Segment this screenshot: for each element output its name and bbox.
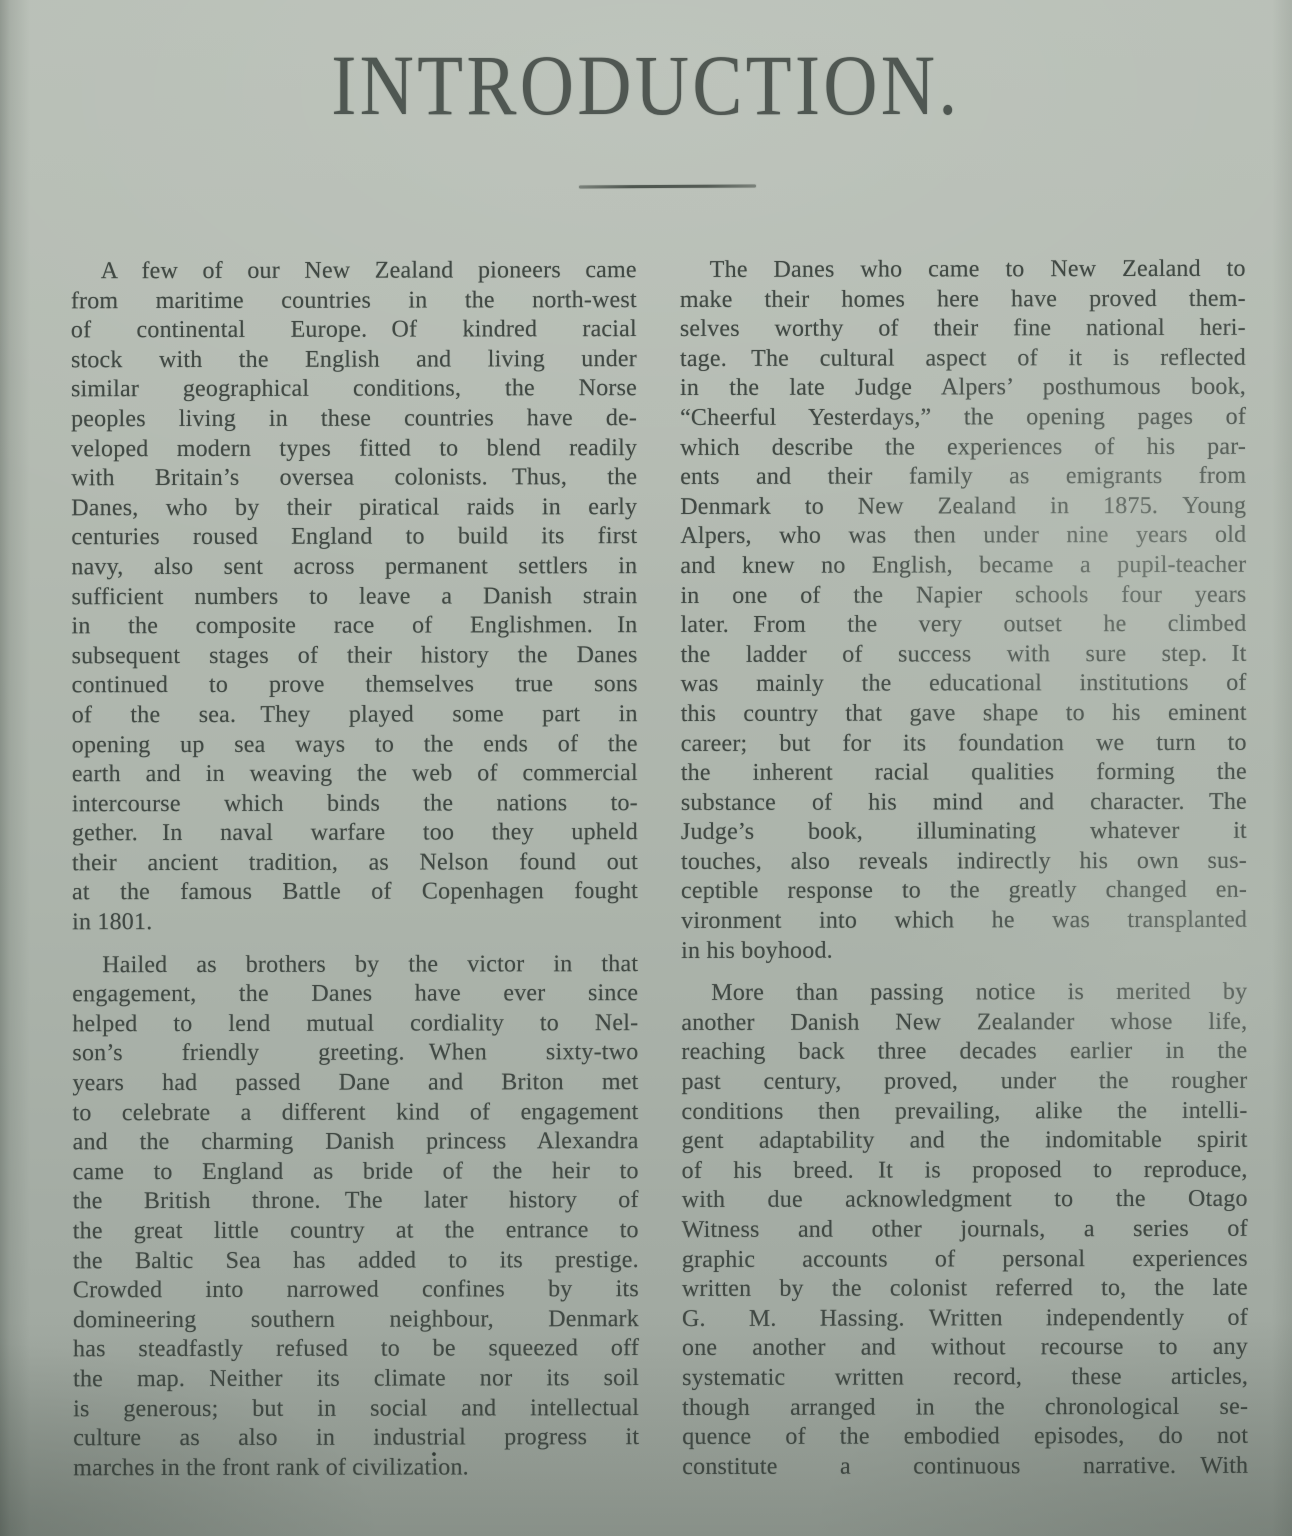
text-line: another Danish New Zealander whose life, [681, 1008, 1247, 1039]
text-line: of his breed. It is proposed to reproduc… [682, 1156, 1248, 1187]
text-line: ents and their family as emigrants from [680, 462, 1246, 493]
text-line: navy, also sent across permanent settler… [71, 552, 637, 583]
text-line: graphic accounts of personal experiences [682, 1244, 1248, 1275]
text-line: ceptible response to the greatly changed… [681, 876, 1247, 907]
text-line: son’s friendly greeting. When sixty-two [72, 1038, 638, 1069]
text-line: from maritime countries in the north-wes… [71, 286, 637, 317]
text-line: though arranged in the chronological se- [682, 1392, 1248, 1423]
text-line: intercourse which binds the nations to- [72, 789, 638, 820]
text-line: this country that gave shape to his emin… [681, 699, 1247, 730]
text-line: with due acknowledgment to the Otago [682, 1185, 1248, 1216]
paragraph: A few of our New Zealand pioneers camefr… [71, 256, 638, 938]
text-line: quence of the embodied episodes, do not [682, 1422, 1248, 1453]
text-line: and knew no English, became a pupil-teac… [680, 551, 1246, 582]
text-line: Denmark to New Zealand in 1875. Young [680, 492, 1246, 523]
text-line: in the composite race of Englishmen. In [71, 611, 637, 642]
text-line: written by the colonist referred to, the… [682, 1274, 1248, 1305]
text-line: in one of the Napier schools four years [680, 580, 1246, 611]
paragraph: The Danes who came to New Zealand tomake… [680, 255, 1247, 966]
text-line: of continental Europe. Of kindred racial [71, 315, 637, 346]
text-line: the ladder of success with sure step. It [681, 639, 1247, 670]
text-line: the great little country at the entrance… [73, 1216, 639, 1247]
text-line: engagement, the Danes have ever since [72, 979, 638, 1010]
text-line: gent adaptability and the indomitable sp… [682, 1126, 1248, 1157]
text-line: stock with the English and living under [71, 345, 637, 376]
text-line: G. M. Hassing. Written independently of [682, 1304, 1248, 1335]
paragraph: Hailed as brothers by the victor in that… [72, 950, 639, 1484]
text-line: tage. The cultural aspect of it is refle… [680, 344, 1246, 375]
text-line: make their homes here have proved them- [680, 284, 1246, 315]
left-column: A few of our New Zealand pioneers camefr… [71, 256, 640, 1484]
book-page: INTRODUCTION. A few of our New Zealand p… [0, 0, 1292, 1536]
text-line: conditions then prevailing, alike the in… [681, 1096, 1247, 1127]
text-line: came to England as bride of the heir to [73, 1157, 639, 1188]
text-line: the British throne. The later history of [73, 1186, 639, 1217]
text-line: in his boyhood. [681, 935, 1247, 966]
text-line: has steadfastly refused to be squeezed o… [73, 1334, 639, 1365]
text-line: Witness and other journals, a series of [682, 1215, 1248, 1246]
text-columns: A few of our New Zealand pioneers camefr… [71, 255, 1249, 1484]
text-line: systematic written record, these article… [682, 1363, 1248, 1394]
text-line: touches, also reveals indirectly his own… [681, 847, 1247, 878]
text-line: Judge’s book, illuminating whatever it [681, 817, 1247, 848]
text-line: is generous; but in social and intellect… [73, 1394, 639, 1425]
text-line: constitute a continuous narrative. With [682, 1452, 1248, 1483]
text-line: Hailed as brothers by the victor in that [72, 950, 638, 981]
text-line: with Britain’s oversea colonists. Thus, … [71, 463, 637, 494]
text-line: vironment into which he was transplanted [681, 906, 1247, 937]
text-line: earth and in weaving the web of commerci… [72, 759, 638, 790]
text-line: marches in the front rank of civilizatio… [73, 1453, 639, 1484]
title-divider [579, 185, 756, 189]
text-line: centuries roused England to build its fi… [71, 522, 637, 553]
text-line: career; but for its foundation we turn t… [681, 728, 1247, 759]
text-line: “Cheerful Yesterdays,” the opening pages… [680, 403, 1246, 434]
text-line: helped to lend mutual cordiality to Nel- [72, 1009, 638, 1040]
text-line: domineering southern neighbour, Denmark [73, 1305, 639, 1336]
text-line: The Danes who came to New Zealand to [680, 255, 1246, 286]
page-title: INTRODUCTION. [84, 42, 1208, 128]
text-line: the inherent racial qualities forming th… [681, 758, 1247, 789]
text-line: the map. Neither its climate nor its soi… [73, 1364, 639, 1395]
text-line: in the late Judge Alpers’ posthumous boo… [680, 373, 1246, 404]
text-line: A few of our New Zealand pioneers came [71, 256, 637, 287]
text-line: years had passed Dane and Briton met [72, 1068, 638, 1099]
text-line: their ancient tradition, as Nelson found… [72, 848, 638, 879]
text-line: peoples living in these countries have d… [71, 404, 637, 435]
text-line: opening up sea ways to the ends of the [72, 730, 638, 761]
text-line: to celebrate a different kind of engagem… [72, 1098, 638, 1129]
text-line: continued to prove themselves true sons [72, 670, 638, 701]
text-line: past century, proved, under the rougher [681, 1067, 1247, 1098]
text-line: culture as also in industrial progress i… [73, 1423, 639, 1454]
right-column: The Danes who came to New Zealand tomake… [680, 255, 1249, 1483]
text-line: subsequent stages of their history the D… [72, 641, 638, 672]
text-line: Danes, who by their piratical raids in e… [71, 493, 637, 524]
text-line: in 1801. [72, 907, 638, 938]
paragraph: More than passing notice is merited byan… [681, 978, 1248, 1482]
text-line: veloped modern types fitted to blend rea… [71, 434, 637, 465]
text-line: Crowded into narrowed confines by its [73, 1275, 639, 1306]
text-line: More than passing notice is merited by [681, 978, 1247, 1009]
text-line: substance of his mind and character. The [681, 787, 1247, 818]
text-line: selves worthy of their fine national her… [680, 314, 1246, 345]
text-line: sufficient numbers to leave a Danish str… [71, 582, 637, 613]
text-line: which describe the experiences of his pa… [680, 432, 1246, 463]
text-line: the Baltic Sea has added to its prestige… [73, 1246, 639, 1277]
text-line: gether. In naval warfare too they upheld [72, 818, 638, 849]
text-line: was mainly the educational institutions … [681, 669, 1247, 700]
text-line: and the charming Danish princess Alexand… [73, 1127, 639, 1158]
text-line: similar geographical conditions, the Nor… [71, 374, 637, 405]
text-line: one another and without recourse to any [682, 1333, 1248, 1364]
text-line: Alpers, who was then under nine years ol… [680, 521, 1246, 552]
text-line: of the sea. They played some part in [72, 700, 638, 731]
text-line: later. From the very outset he climbed [680, 610, 1246, 641]
text-line: at the famous Battle of Copenhagen fough… [72, 878, 638, 909]
text-line: reaching back three decades earlier in t… [681, 1037, 1247, 1068]
